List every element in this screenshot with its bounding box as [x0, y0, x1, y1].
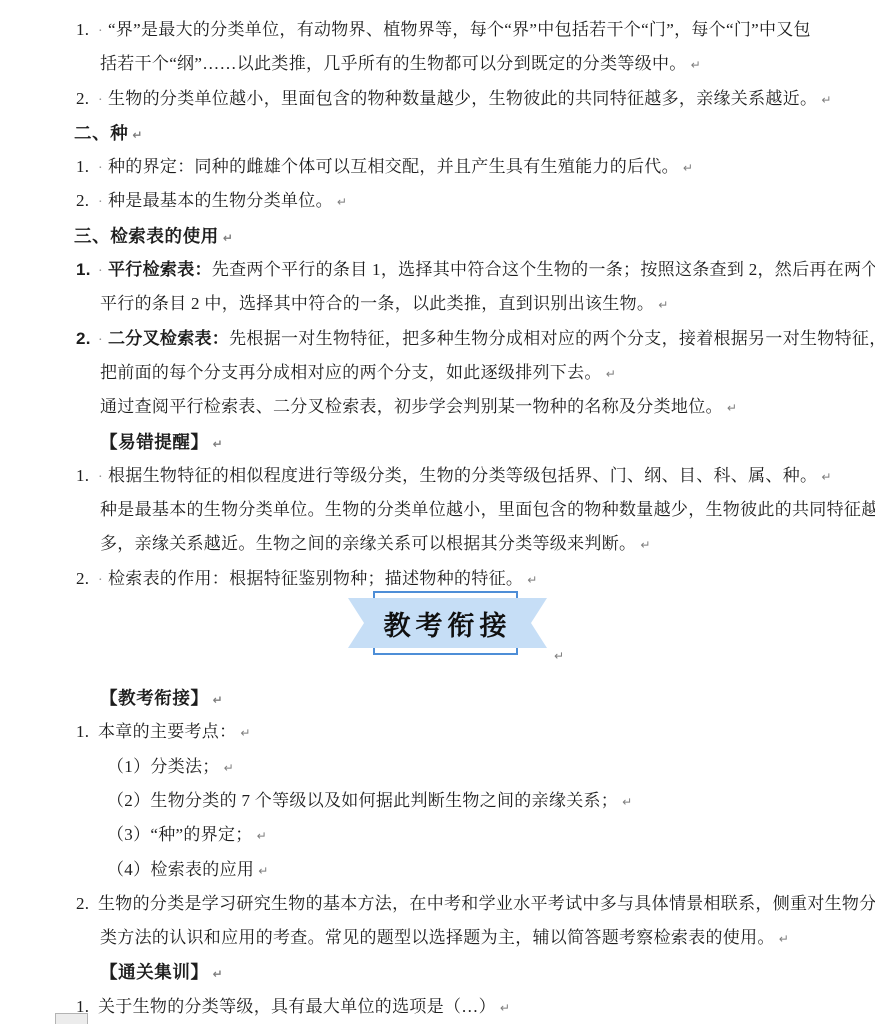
- document-line: 类方法的认识和应用的考查。常见的题型以选择题为主，辅以简答题考察检索表的使用。↵: [0, 921, 875, 955]
- line-text: 生物的分类是学习研究生物的基本方法，在中考和学业水平考试中多与具体情景相联系，侧…: [98, 894, 875, 913]
- table-fragment-bottom: [55, 1013, 88, 1024]
- line-text: 三、检索表的使用: [74, 226, 219, 246]
- document-line: 括若干个“纲”……以此类推，几乎所有的生物都可以分到既定的分类等级中。↵: [0, 47, 875, 81]
- paragraph-mark-icon: ↵: [606, 367, 616, 381]
- line-text: （1）分类法；: [107, 757, 220, 776]
- line-text: 把前面的每个分支再分成相对应的两个分支，如此逐级排列下去。: [100, 363, 602, 382]
- document-line: （2）生物分类的 7 个等级以及如何据此判断生物之间的亲缘关系；↵: [0, 784, 875, 818]
- term-label: 二分叉检索表：: [108, 329, 229, 348]
- space-marker: ·: [98, 15, 108, 49]
- document-line: （3）“种”的界定；↵: [0, 818, 875, 852]
- line-text: 【教考衔接】: [100, 688, 209, 708]
- document-line: 把前面的每个分支再分成相对应的两个分支，如此逐级排列下去。↵: [0, 356, 875, 390]
- document-line: 1.本章的主要考点：↵: [0, 715, 875, 749]
- line-text: 括若干个“纲”……以此类推，几乎所有的生物都可以分到既定的分类等级中。: [100, 54, 687, 73]
- banner-shape: 教考衔接 ↵: [348, 591, 547, 655]
- document-line: 【教考衔接】↵: [0, 681, 875, 715]
- line-text: 检索表的作用：根据特征鉴别物种；描述物种的特征。: [108, 569, 523, 588]
- line-text: 种是最基本的生物分类单位。: [108, 191, 333, 210]
- line-text: 种是最基本的生物分类单位。生物的分类单位越小，里面包含的物种数量越少，生物彼此的…: [100, 500, 875, 519]
- document-line: （4）检索表的应用↵: [0, 853, 875, 887]
- banner-title: 教考衔接: [384, 604, 512, 643]
- space-marker: ·: [98, 564, 108, 598]
- line-text: 【易错提醒】: [100, 432, 209, 452]
- document-line: 多，亲缘关系越近。生物之间的亲缘关系可以根据其分类等级来判断。↵: [0, 527, 875, 561]
- document-line: 平行的条目 2 中，选择其中符合的一条，以此类推，直到识别出该生物。↵: [0, 287, 875, 321]
- space-marker: ·: [98, 461, 108, 495]
- paragraph-mark-icon: ↵: [527, 573, 537, 587]
- document-line: 1.关于生物的分类等级，具有最大单位的选项是（…）↵: [0, 990, 875, 1024]
- line-text: （2）生物分类的 7 个等级以及如何据此判断生物之间的亲缘关系；: [107, 791, 618, 810]
- paragraph-mark-icon: ↵: [640, 538, 650, 552]
- document-line: 【易错提醒】↵: [0, 425, 875, 459]
- list-number: 1.: [76, 715, 98, 749]
- line-text: 通过查阅平行检索表、二分叉检索表，初步学会判别某一物种的名称及分类地位。: [100, 397, 723, 416]
- line-text: 平行的条目 2 中，选择其中符合的一条，以此类推，直到识别出该生物。: [100, 294, 654, 313]
- paragraph-mark-icon: ↵: [727, 401, 737, 415]
- paragraph-mark-icon: ↵: [622, 795, 632, 809]
- ribbon-icon: 教考衔接: [348, 598, 547, 648]
- paragraph-mark-icon: ↵: [658, 298, 668, 312]
- line-text: 种的界定：同种的雌雄个体可以互相交配，并且产生具有生殖能力的后代。: [108, 157, 679, 176]
- document-line: 种是最基本的生物分类单位。生物的分类单位越小，里面包含的物种数量越少，生物彼此的…: [0, 493, 875, 527]
- list-number: 2.: [76, 562, 98, 596]
- document-line: 2.·二分叉检索表：先根据一对生物特征，把多种生物分成相对应的两个分支，接着根据…: [0, 322, 875, 356]
- list-number: 2.: [76, 184, 98, 218]
- document-line: 1.·“界”是最大的分类单位，有动物界、植物界等，每个“界”中包括若干个“门”，…: [0, 13, 875, 47]
- line-text: 二、种: [74, 123, 128, 143]
- space-marker: ·: [98, 84, 108, 118]
- list-number: 2.: [76, 82, 98, 116]
- paragraph-mark-icon: ↵: [213, 693, 224, 707]
- list-number: 1.: [76, 150, 98, 184]
- document-line: 1.·根据生物特征的相似程度进行等级分类，生物的分类等级包括界、门、纲、目、科、…: [0, 459, 875, 493]
- paragraph-mark-icon: ↵: [500, 1001, 510, 1015]
- list-number: 1.: [76, 459, 98, 493]
- section-banner: 教考衔接 ↵: [0, 596, 875, 681]
- line-text: 先查两个平行的条目 1，选择其中符合这个生物的一条；按照这条查到 2，然后再在两…: [212, 260, 875, 279]
- document-line: 二、种↵: [0, 116, 875, 150]
- paragraph-mark-icon: ↵: [821, 470, 831, 484]
- document-line: 【通关集训】↵: [0, 955, 875, 989]
- term-label: 平行检索表：: [108, 260, 212, 279]
- line-text: 根据生物特征的相似程度进行等级分类，生物的分类等级包括界、门、纲、目、科、属、种…: [108, 466, 817, 485]
- paragraph-mark-icon: ↵: [132, 128, 143, 142]
- line-text: 【通关集训】: [100, 962, 209, 982]
- document-page: 1.·“界”是最大的分类单位，有动物界、植物界等，每个“界”中包括若干个“门”，…: [0, 0, 875, 1024]
- document-line: （1）分类法；↵: [0, 750, 875, 784]
- paragraph-mark-icon: ↵: [213, 967, 224, 981]
- list-number: 1.: [76, 253, 98, 287]
- line-text: 先根据一对生物特征，把多种生物分成相对应的两个分支，接着根据另一对生物特征，: [229, 329, 875, 348]
- paragraph-mark-icon: ↵: [691, 58, 701, 72]
- paragraph-mark-icon: ↵: [224, 761, 234, 775]
- document-line: 通过查阅平行检索表、二分叉检索表，初步学会判别某一物种的名称及分类地位。↵: [0, 390, 875, 424]
- line-text: （3）“种”的界定；: [107, 825, 253, 844]
- paragraph-mark-icon: ↵: [223, 231, 234, 245]
- space-marker: ·: [98, 255, 108, 289]
- document-line: 2.·生物的分类单位越小，里面包含的物种数量越少，生物彼此的共同特征越多，亲缘关…: [0, 82, 875, 116]
- line-text: 本章的主要考点：: [98, 722, 236, 741]
- paragraph-mark-icon: ↵: [257, 829, 267, 843]
- paragraph-mark-icon: ↵: [258, 864, 268, 878]
- line-text: 多，亲缘关系越近。生物之间的亲缘关系可以根据其分类等级来判断。: [100, 534, 636, 553]
- document-line: 2.生物的分类是学习研究生物的基本方法，在中考和学业水平考试中多与具体情景相联系…: [0, 887, 875, 921]
- space-marker: ·: [98, 186, 108, 220]
- line-text: （4）检索表的应用: [107, 860, 254, 879]
- paragraph-mark-icon: ↵: [554, 649, 564, 663]
- line-text: 关于生物的分类等级，具有最大单位的选项是（…）: [98, 997, 496, 1016]
- document-line: 2.·种是最基本的生物分类单位。↵: [0, 184, 875, 218]
- document-line: 1.·种的界定：同种的雌雄个体可以互相交配，并且产生具有生殖能力的后代。↵: [0, 150, 875, 184]
- document-body: 1.·“界”是最大的分类单位，有动物界、植物界等，每个“界”中包括若干个“门”，…: [0, 0, 875, 1024]
- paragraph-mark-icon: ↵: [240, 726, 250, 740]
- space-marker: ·: [98, 324, 108, 358]
- line-text: 类方法的认识和应用的考查。常见的题型以选择题为主，辅以简答题考察检索表的使用。: [100, 928, 775, 947]
- document-line: 1.·平行检索表：先查两个平行的条目 1，选择其中符合这个生物的一条；按照这条查…: [0, 253, 875, 287]
- paragraph-mark-icon: ↵: [779, 932, 789, 946]
- paragraph-mark-icon: ↵: [337, 195, 347, 209]
- list-number: 2.: [76, 887, 98, 921]
- space-marker: ·: [98, 152, 108, 186]
- list-number: 1.: [76, 13, 98, 47]
- line-text: 生物的分类单位越小，里面包含的物种数量越少，生物彼此的共同特征越多，亲缘关系越近…: [108, 89, 817, 108]
- paragraph-mark-icon: ↵: [821, 93, 831, 107]
- document-line: 三、检索表的使用↵: [0, 219, 875, 253]
- line-text: “界”是最大的分类单位，有动物界、植物界等，每个“界”中包括若干个“门”，每个“…: [108, 20, 811, 39]
- paragraph-mark-icon: ↵: [213, 437, 224, 451]
- paragraph-mark-icon: ↵: [683, 161, 693, 175]
- list-number: 2.: [76, 322, 98, 356]
